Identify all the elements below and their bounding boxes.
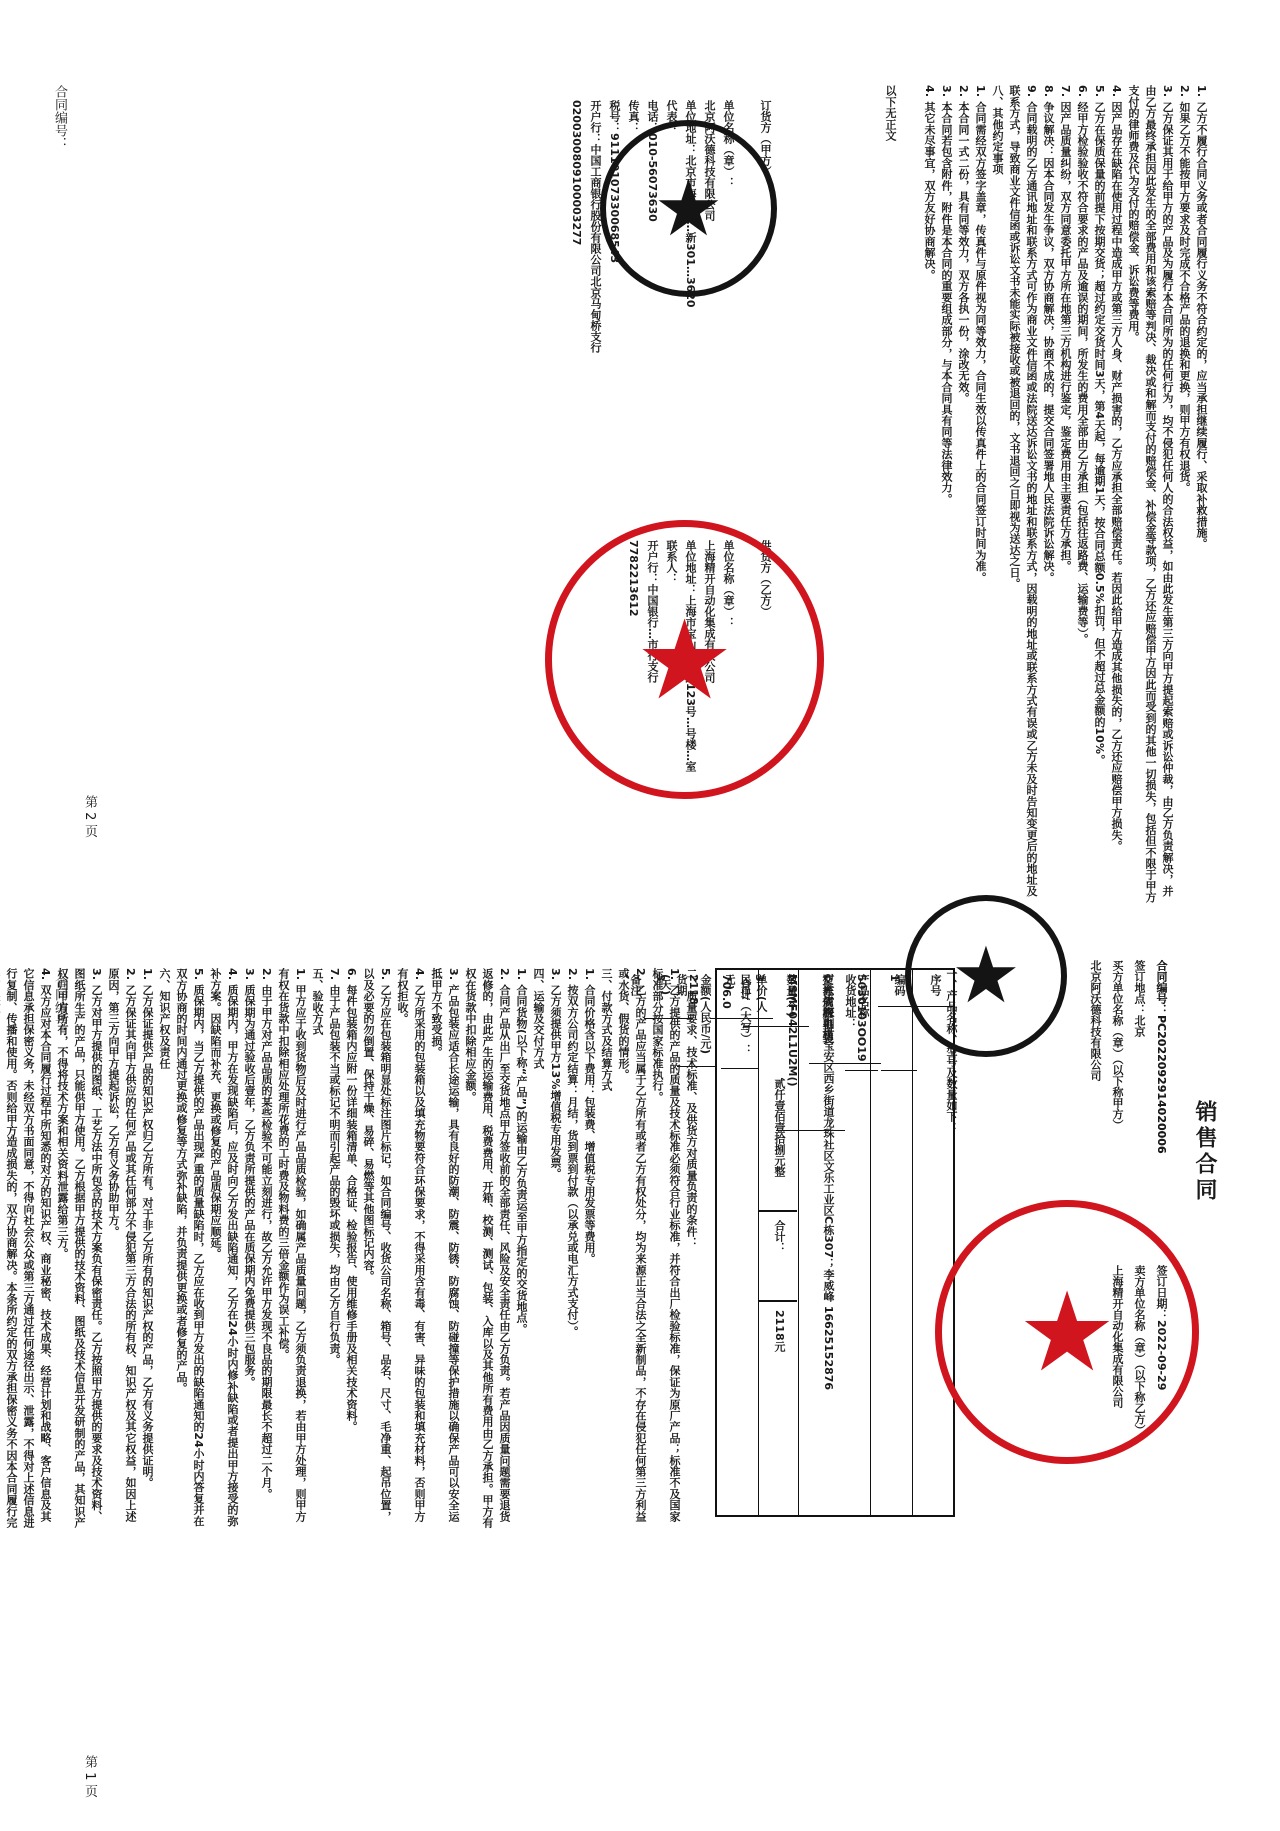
clause-item: 5. 质保期内，当乙方提供的产品出现严重的质量缺陷时，乙方应在收到甲方发出的缺陷…: [173, 968, 207, 1528]
clause-item: 3. 本合同若包含附件，附件是本合同的重要组成部分，与本合同具有同等法律效力。: [938, 85, 955, 905]
clause-item: 2. 按双方公司约定结算：月结，货到票到付款（以承兑或电汇方式支付）。: [564, 968, 581, 1528]
clause-item: 5. 乙方在保质保量的前提下按期交货；超过约定交货时间3天，第4天起，每逾期1天…: [1091, 85, 1108, 905]
page2-footer-contract-no: 合同编号：: [50, 85, 69, 150]
clause-item: 7. 因产品质量纠纷，双方同意委托甲方所在地第三方机构进行鉴定，鉴定费用由主要责…: [1057, 85, 1074, 905]
page1-clauses: 二、质量要求、技术标准、及供货方对质量负责的条件：1. 乙方提供的产品的质量及技…: [270, 968, 700, 1528]
clause-item: 3. 乙方对甲方提供的图纸、工艺方法中所包含的技术方案负有保密责任。乙方按照甲方…: [54, 968, 105, 1528]
table-header-row: 序号 编码 产品名称 型号规格/封装 数量(个) 单价(人民币/元) 金额(人民…: [912, 970, 953, 1515]
contract-number-line: 合同编号：PC2022092914020006: [1150, 960, 1172, 1260]
page1-page-number: 第 1 页: [80, 1755, 99, 1798]
clause-item: 9. 合同载明的乙方通讯地址和联系方式可作为商业文件信函或法院送达诉讼文书的地址…: [1006, 85, 1040, 905]
clause-item: 1. 乙方提供的产品的质量及技术标准必须符合行业标准，并符合出厂检验标准，保证为…: [649, 968, 683, 1528]
clause-item: 2. 如果乙方不能按甲方要求及时完成不合格产品的退换和更换，则甲方有权退货。: [1176, 85, 1193, 905]
total-upper-value: 贰仟壹佰壹拾捌元整: [771, 1078, 787, 1177]
clause-item: 2. 乙方的产品应当属于乙方所有或者乙方有权处分，均为来源正当合法之全新制品，不…: [615, 968, 649, 1528]
clause-item: 4. 其它未尽事宜，双方友好协商解决。: [921, 85, 938, 905]
clause-item: 1. 合同需经双方签字盖章，传真件与原件视为同等效力，合同生效以传真件上的合同签…: [972, 85, 989, 905]
clause-item: 1. 乙方保证提供产品的知识产权归乙方所有。对于非乙方所有的知识产权的产品，乙方…: [139, 968, 156, 1528]
end-note: 以下无正文: [882, 85, 899, 905]
clause-item: 8. 争议解决：因本合同发生争议，双方协商解决，协商不成的，提交合同签署地人民法…: [1040, 85, 1057, 905]
clause-item: 1. 合同货物(以下称“产品”)的运输由乙方负责运至甲方指定的交货地点。: [513, 968, 530, 1528]
clause-item: 4. 质保期内，甲方在发现缺陷后，应及时向乙方发出缺陷通知，乙方在24小时内修补…: [207, 968, 241, 1528]
star-icon: ★: [951, 937, 1021, 1015]
clause-item: 5. 乙方应在包装箱明显处标注图片标记，如合同编号、收货公司名称、箱号、品名、尺…: [360, 968, 394, 1528]
product-table-wrap: 序号 编码 产品名称 型号规格/封装 数量(个) 单价(人民币/元) 金额(人民…: [715, 968, 955, 1517]
clause-item: 7. 由于产品包装不当或标记不明而引起产品的毁坏或损失，均由乙方自行负责。: [326, 968, 343, 1528]
total-row: 合计（大写）： 贰仟壹佰壹拾捌元整 合计： 2118元: [721, 970, 797, 1515]
clause-item: 2. 乙方保证其向甲方供应的任何产品或其任何部分不侵犯第三方合法的所有权、知识产…: [105, 968, 139, 1528]
clause-heading: 三、付款方式及结算方式: [598, 968, 615, 1528]
clause-heading: 六、知识产权及责任: [156, 968, 173, 1528]
clause-item: 4. 双方应对本合同履行过程中所知悉的对方的知识产权、商业秘密、技术成果、经营计…: [0, 968, 54, 1528]
clause-heading: 五、验收方式: [309, 968, 326, 1528]
total-label: 合计：: [771, 1220, 787, 1253]
address-label: 收货地址：: [839, 974, 861, 1511]
page2-page-number: 第 2 页: [80, 795, 99, 838]
clause-item: 6. 每件包装箱内应附一份详细装箱清单、合格证、检验报告、使用维修手册及相关技术…: [343, 968, 360, 1528]
delivery-address: 广东省深圳市宝安区西乡街道龙珠社区文乐工业区C栋307；李威峰 16625152…: [817, 974, 839, 1511]
clause-item: 3. 乙方须提供甲方13%增值税专用发票。: [547, 968, 564, 1528]
clause-item: 3. 质保期为通过验收后壹年，乙方负责所提供的产品在质保期内免费提供三包服务。: [241, 968, 258, 1528]
clause-item: 4. 因产品存在缺陷在使用过程中造成甲方或第三方人身、财产损害的，乙方应承担全部…: [1108, 85, 1125, 905]
clause-heading: 四、运输及交付方式: [530, 968, 547, 1528]
star-icon: ★: [635, 605, 734, 715]
seller-seal-page1: ★: [935, 1200, 1199, 1464]
clause-item: 2. 由于甲方对产品品质的某些检验不可能立刻进行，故乙方允许甲方发现不良品的期限…: [258, 968, 275, 1528]
clause-item: 4. 乙方所采用的包装箱以及填充物要符合环保要求，不得采用含有毒、有害、异味的包…: [394, 968, 428, 1528]
clause-item: 2. 本合同一式二份，具有同等效力，双方各执一份，涂改无效。: [955, 85, 972, 905]
address-row: 收货地址： 广东省深圳市宝安区西乡街道龙珠社区文乐工业区C栋307；李威峰 16…: [798, 970, 869, 1515]
page2-clauses: 1. 乙方不履行合同义务或者合同履行义务不符合约定的，应当承担继续履行、采取补救…: [790, 85, 1210, 905]
page1-footer-contract-no: 合同编号：: [50, 975, 69, 1040]
contract-title: 销售合同: [1189, 1100, 1220, 1220]
clause-item: 3. 乙方保证其用于给甲方的产品及为履行本合同所为的任何行为，均不侵犯任何人的合…: [1125, 85, 1176, 905]
seller-seal-page2: ★: [545, 520, 824, 799]
clause-item: 3. 产品包装应适合长途运输，具有良好的防潮、防震、防锈、防腐蚀、防碰撞等保护措…: [428, 968, 462, 1528]
clause-item: 6. 经甲方检验验收不符合要求的产品及逾误的期间，所发生的费用全部由乙方承担（包…: [1074, 85, 1091, 905]
clause-item: 1. 甲方应于收到货物后及时进行产品品质检验，如确属产品质量问题，乙方须负责退换…: [275, 968, 309, 1528]
total-value: 2118元: [771, 1310, 787, 1352]
table-row: 1 5030103OO19 交流伺服电机 MSMF042L1U2M() 3 70…: [870, 970, 911, 1515]
buyer-seal-page2: ★: [600, 120, 777, 297]
clause-item: 1. 乙方不履行合同义务或者合同履行义务不符合约定的，应当承担继续履行、采取补救…: [1193, 85, 1210, 905]
clause-item: 1. 合同价格含以下费用：包装费、增值税专用发票等费用。: [581, 968, 598, 1528]
buyer-seal-page1: ★: [905, 895, 1067, 1057]
clause-heading: 八、其他约定事项: [989, 85, 1006, 905]
sign-place-line: 签订地点：北京: [1128, 960, 1150, 1260]
clause-item: 2. 合同产品从出厂至交货地点甲方签收前的全部责任、风险及安全责任由乙方负责。若…: [462, 968, 513, 1528]
star-icon: ★: [1018, 1277, 1117, 1387]
star-icon: ★: [654, 170, 724, 248]
clause-heading: 二、质量要求、技术标准、及供货方对质量负责的条件：: [683, 968, 700, 1528]
